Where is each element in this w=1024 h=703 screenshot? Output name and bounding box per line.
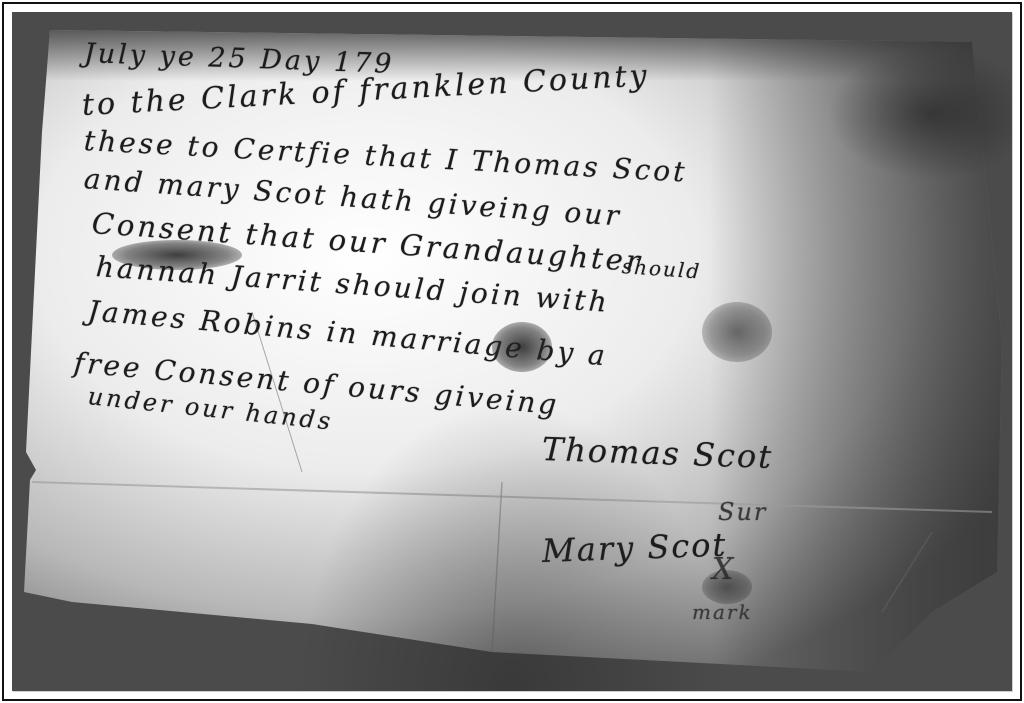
- document-photo: July ye 25 Day 179 to the Clark of frank…: [12, 12, 1012, 691]
- vignette-overlay: [12, 12, 1012, 691]
- image-frame: July ye 25 Day 179 to the Clark of frank…: [2, 2, 1022, 701]
